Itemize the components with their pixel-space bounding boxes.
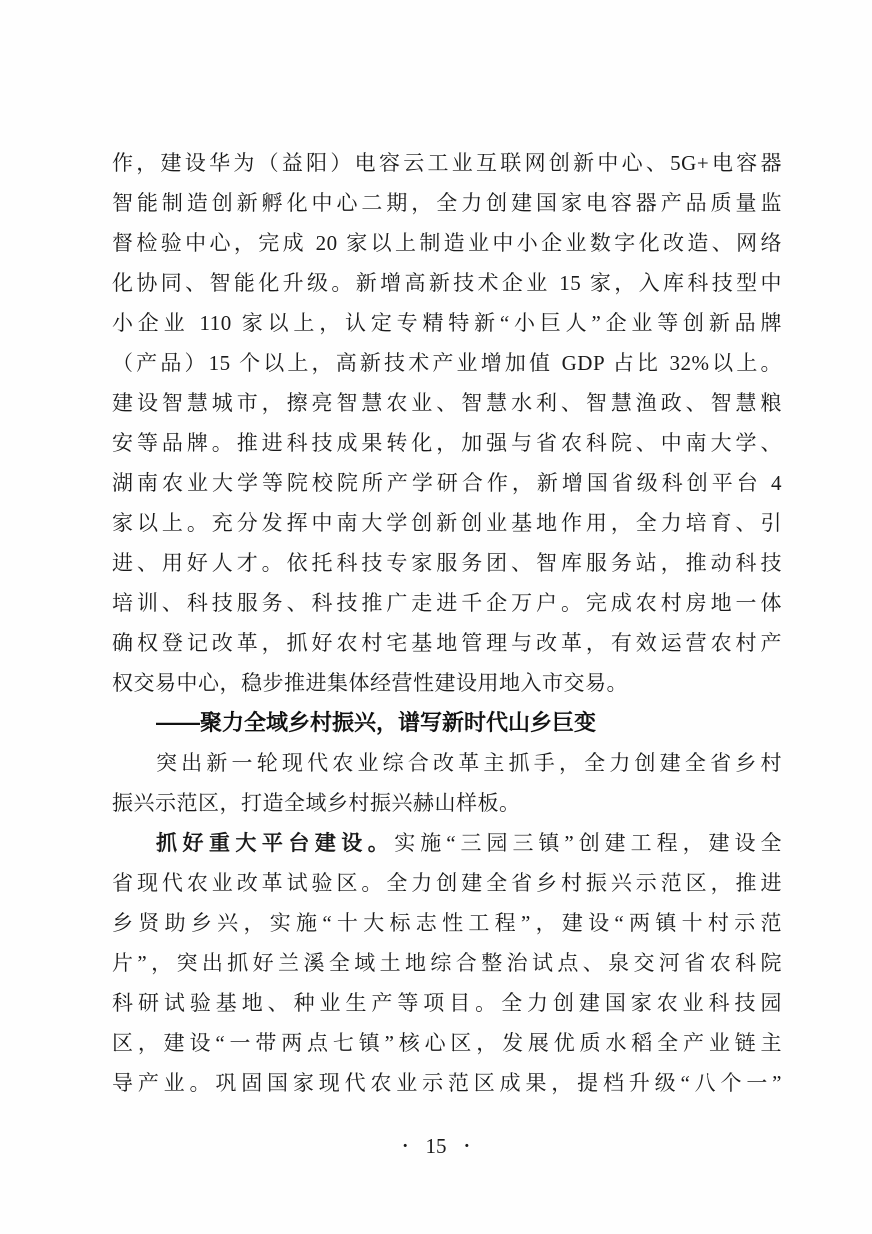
page-footer: ·15· [0, 1126, 872, 1166]
paragraph-line: 安等品牌。推进科技成果转化，加强与省农科院、中南大学、 [112, 423, 782, 463]
paragraph-line: 抓好重大平台建设。实施“三园三镇”创建工程，建设全 [112, 823, 782, 863]
document-body: 作，建设华为（益阳）电容云工业互联网创新中心、5G+电容器 智能制造创新孵化中心… [112, 143, 782, 1103]
paragraph-line: 确权登记改革，抓好农村宅基地管理与改革，有效运营农村产 [112, 623, 782, 663]
paragraph-line: 科研试验基地、种业生产等项目。全力创建国家农业科技园 [112, 983, 782, 1023]
paragraph-line: 乡贤助乡兴，实施“十大标志性工程”，建设“两镇十村示范 [112, 903, 782, 943]
paragraph-line: 作，建设华为（益阳）电容云工业互联网创新中心、5G+电容器 [112, 143, 782, 183]
page-number: 15 [426, 1134, 447, 1158]
paragraph-line: 培训、科技服务、科技推广走进千企万户。完成农村房地一体 [112, 583, 782, 623]
paragraph-line: 导产业。巩固国家现代农业示范区成果，提档升级“八个一” [112, 1063, 782, 1103]
paragraph-line: 督检验中心，完成 20 家以上制造业中小企业数字化改造、网络 [112, 223, 782, 263]
paragraph-line: 片”，突出抓好兰溪全域土地综合整治试点、泉交河省农科院 [112, 943, 782, 983]
paragraph-line: 振兴示范区，打造全域乡村振兴赫山样板。 [112, 783, 782, 823]
paragraph-bold-lead: 抓好重大平台建设。 [156, 831, 394, 855]
paragraph-line: 湖南农业大学等院校院所产学研合作，新增国省级科创平台 4 [112, 463, 782, 503]
paragraph-line-text: 实施“三园三镇”创建工程，建设全 [394, 831, 782, 855]
paragraph-line: 化协同、智能化升级。新增高新技术企业 15 家，入库科技型中 [112, 263, 782, 303]
paragraph-line: 小企业 110 家以上，认定专精特新“小巨人”企业等创新品牌 [112, 303, 782, 343]
footer-dot-left: · [401, 1131, 410, 1160]
paragraph-line: 进、用好人才。依托科技专家服务团、智库服务站，推动科技 [112, 543, 782, 583]
paragraph-line: 省现代农业改革试验区。全力创建全省乡村振兴示范区，推进 [112, 863, 782, 903]
footer-dot-right: · [463, 1131, 472, 1160]
paragraph-line: 权交易中心，稳步推进集体经营性建设用地入市交易。 [112, 663, 782, 703]
paragraph-line: 建设智慧城市，擦亮智慧农业、智慧水利、智慧渔政、智慧粮 [112, 383, 782, 423]
paragraph-line: 突出新一轮现代农业综合改革主抓手，全力创建全省乡村 [112, 743, 782, 783]
section-heading: ——聚力全域乡村振兴，谱写新时代山乡巨变 [112, 703, 782, 743]
document-page: 作，建设华为（益阳）电容云工业互联网创新中心、5G+电容器 智能制造创新孵化中心… [0, 0, 872, 1234]
paragraph-line: 智能制造创新孵化中心二期，全力创建国家电容器产品质量监 [112, 183, 782, 223]
paragraph-line: 家以上。充分发挥中南大学创新创业基地作用，全力培育、引 [112, 503, 782, 543]
paragraph-line: 区，建设“一带两点七镇”核心区，发展优质水稻全产业链主 [112, 1023, 782, 1063]
paragraph-line: （产品）15 个以上，高新技术产业增加值 GDP 占比 32%以上。 [112, 343, 782, 383]
